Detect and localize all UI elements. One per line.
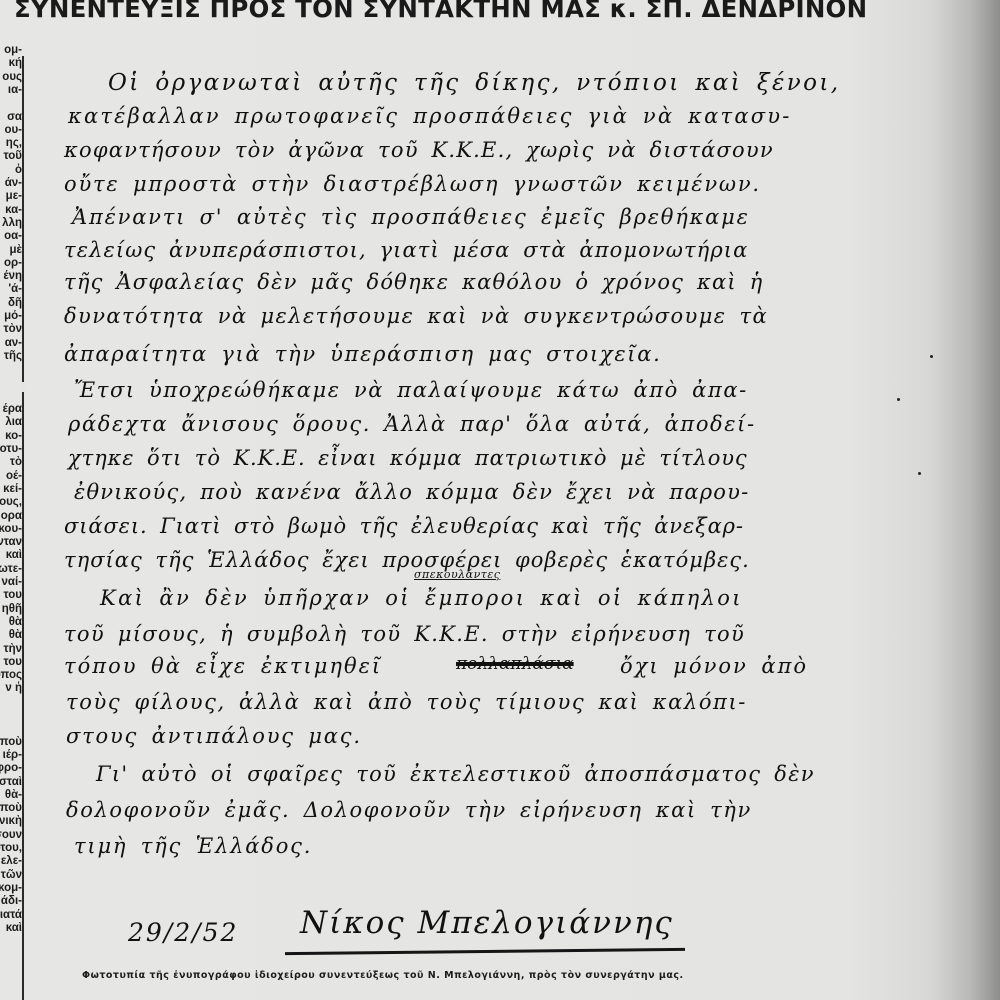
column-text-fragment: ομ- [4,44,22,57]
letter-line: στους ἀντιπάλους μας. [66,724,362,748]
column-text-fragment: κομ- [0,882,22,895]
column-text-fragment: κεί- [3,483,22,496]
column-text-fragment: δῆ [8,297,22,310]
letter-line: τοὺς φίλους, ἀλλὰ καὶ ἀπὸ τοὺς τίμιους κ… [66,690,747,714]
letter-line: Γι' αὐτὸ οἱ σφαῖρες τοῦ ἐκτελεστικοῦ ἀπο… [96,762,815,786]
letter-line: τιμὴ τῆς Ἑλλάδος. [74,834,312,858]
letter-line: τῆς Ἀσφαλείας δὲν μᾶς δόθηκε καθόλου ὁ χ… [64,270,763,294]
print-speck [918,472,921,475]
column-text-fragment: σα [7,111,22,124]
letter-line: τησίας τῆς Ἑλλάδος ἔχει προσφέρει φοβερὲ… [64,548,750,572]
column-text-fragment: σταὶ [0,776,22,789]
column-text-fragment: ποὺ [0,802,22,815]
letter-line: τοῦ μίσους, ἡ συμβολὴ τοῦ Κ.Κ.Ε. στὴν εἰ… [64,622,745,646]
column-text-fragment: ελε- [1,855,22,868]
column-text-fragment: μὲ [10,244,23,257]
column-text-fragment: θὰ [9,616,22,629]
column-text-fragment: ωτε- [0,563,22,576]
print-speck [897,398,900,401]
column-text-fragment: λλη [2,217,22,230]
column-text-fragment: οτυ- [0,443,22,456]
headline: ΣΥΝΕΝΤΕΥΞΙΣ ΠΡΟΣ ΤΟΝ ΣΥΝΤΑΚΤΗΝ ΜΑΣ κ. ΣΠ… [14,0,867,23]
column-text-fragment: ιέρ- [3,749,22,762]
letter-line: σιάσει. Γιατὶ στὸ βωμὸ τῆς ἐλευθερίας κα… [64,514,744,538]
column-text-fragment: τῆς [4,350,22,363]
print-speck [155,220,157,222]
newspaper-clipping: ΣΥΝΕΝΤΕΥΞΙΣ ΠΡΟΣ ΤΟΝ ΣΥΝΤΑΚΤΗΝ ΜΑΣ κ. ΣΠ… [0,0,1000,1000]
column-text-fragment: ν ἡ [5,682,22,695]
handwritten-insertion: σπεκουλάντες [414,568,500,581]
column-text-fragment: κο- [5,430,22,443]
column-text-fragment: νταν [0,536,22,549]
print-speck [930,355,933,358]
column-text-fragment: ια- [8,84,22,97]
column-text-fragment: κου- [0,523,22,536]
letter-line: Ἔτσι ὑποχρεώθήκαμε νὰ παλαίψουμε κάτω ἀπ… [74,378,748,402]
letter-line: Ἀπέναντι σ' αὐτὲς τὶς προσπάθειες ἐμεῖς … [72,205,750,229]
column-text-fragment: θὰ- [5,789,22,802]
column-text-fragment: σουν [0,829,22,842]
column-text-fragment: ναί- [2,576,23,589]
column-text-fragment: ης, [6,137,22,150]
column-text-fragment: ους, [0,496,22,509]
adjacent-column-fragment: ομ-κήουςια-σαου-ης,τοῦὁάν-με-κα-λληοα-μὲ… [0,44,22,1000]
letter-line: τόπου θὰ εἶχε ἐκτιμηθεῖ [64,654,382,678]
struck-out-word: πολλαπλάσια [456,654,574,674]
column-text-fragment: καὶ [6,922,22,935]
column-text-fragment: ποὺ [0,736,22,749]
column-text-fragment: τοῦ [3,150,22,163]
column-text-fragment: καὶ [6,549,22,562]
column-text-fragment: ορα [1,510,22,523]
column-text-fragment: θὰ [9,629,22,642]
letter-date: 29/2/52 [128,918,238,947]
column-text-fragment: 'ά- [8,283,22,296]
column-text-fragment: κή [9,57,22,70]
photo-caption: Φωτοτυπία τῆς ἐνυπογράφου ἰδιοχείρου συν… [82,970,684,981]
column-text-fragment: του [3,656,22,669]
column-text-fragment: ηθῆ [2,603,22,616]
column-text-fragment: ὁ [15,164,22,177]
column-divider [22,56,24,1000]
column-text-fragment: με- [6,190,22,203]
letter-line: κοφαντήσουν τὸν ἀγῶνα τοῦ Κ.Κ.Ε., χωρὶς … [64,138,774,162]
column-text-fragment: τὴν [3,643,22,656]
column-text-fragment: ου- [4,124,22,137]
letter-line: χτηκε ὅτι τὸ Κ.Κ.Ε. εἶναι κόμμα πατριωτι… [68,446,748,470]
column-text-fragment: τὸ [10,456,22,469]
signature-underline [285,948,685,955]
column-text-fragment: μό- [4,310,22,323]
column-text-fragment: άν- [5,177,22,190]
letter-line: Καὶ ἂν δὲν ὑπῆρχαν οἱ ἔμποροι καὶ οἱ κάπ… [100,586,743,610]
column-text-fragment: τῶν [1,869,22,882]
column-text-fragment: φρο- [0,762,22,775]
letter-line: Οἱ ὀργανωταὶ αὐτῆς τῆς δίκης, ντόπιοι κα… [108,70,840,96]
column-text-fragment: οέ- [6,470,22,483]
column-text-fragment: οα- [4,230,22,243]
column-divider-break [22,382,25,392]
letter-line: τελείως ἀνυπεράσπιστοι, γιατὶ μέσα στὰ ἀ… [64,238,748,262]
letter-line: οὔτε μπροστὰ στὴν διαστρέβλωση γνωστῶν κ… [64,172,761,196]
column-text-fragment: ους [2,71,22,84]
column-text-fragment: άδι- [1,895,22,908]
column-text-fragment: τὸν [3,323,22,336]
letter-line: ἐθνικούς, ποὺ κανένα ἄλλο κόμμα δὲν ἔχει… [74,480,749,504]
column-text-fragment: αν- [5,337,22,350]
column-text-fragment: ιατά [0,909,22,922]
column-text-fragment: ορ- [4,257,22,270]
column-text-fragment: του [3,589,22,602]
letter-line: κατέβαλλαν πρωτοφανεῖς προσπάθειες γιὰ ν… [68,104,792,128]
column-text-fragment: νικὴ [0,815,22,828]
signature: Νίκος Μπελογιάννης [300,905,674,941]
column-text-fragment: κα- [5,204,22,217]
column-text-fragment: λια [5,416,22,429]
letter-line-continuation: ὄχι μόνον ἀπὸ [620,654,808,678]
letter-line: δολοφονοῦν ἐμᾶς. Δολοφονοῦν τὴν εἰρήνευσ… [66,798,752,822]
column-text-fragment: οτου, [0,842,22,855]
letter-line: ράδεχτα ἄνισους ὅρους. Ἀλλὰ παρ' ὅλα αὐτ… [68,412,756,436]
column-text-fragment: έρα [3,403,22,416]
column-text-fragment: οπος [0,669,22,682]
letter-line: ἀπαραίτητα γιὰ τὴν ὑπεράσπιση μας στοιχε… [64,342,662,366]
letter-line: δυνατότητα νὰ μελετήσουμε καὶ νὰ συγκεντ… [64,304,768,328]
column-text-fragment: ένη [3,270,22,283]
